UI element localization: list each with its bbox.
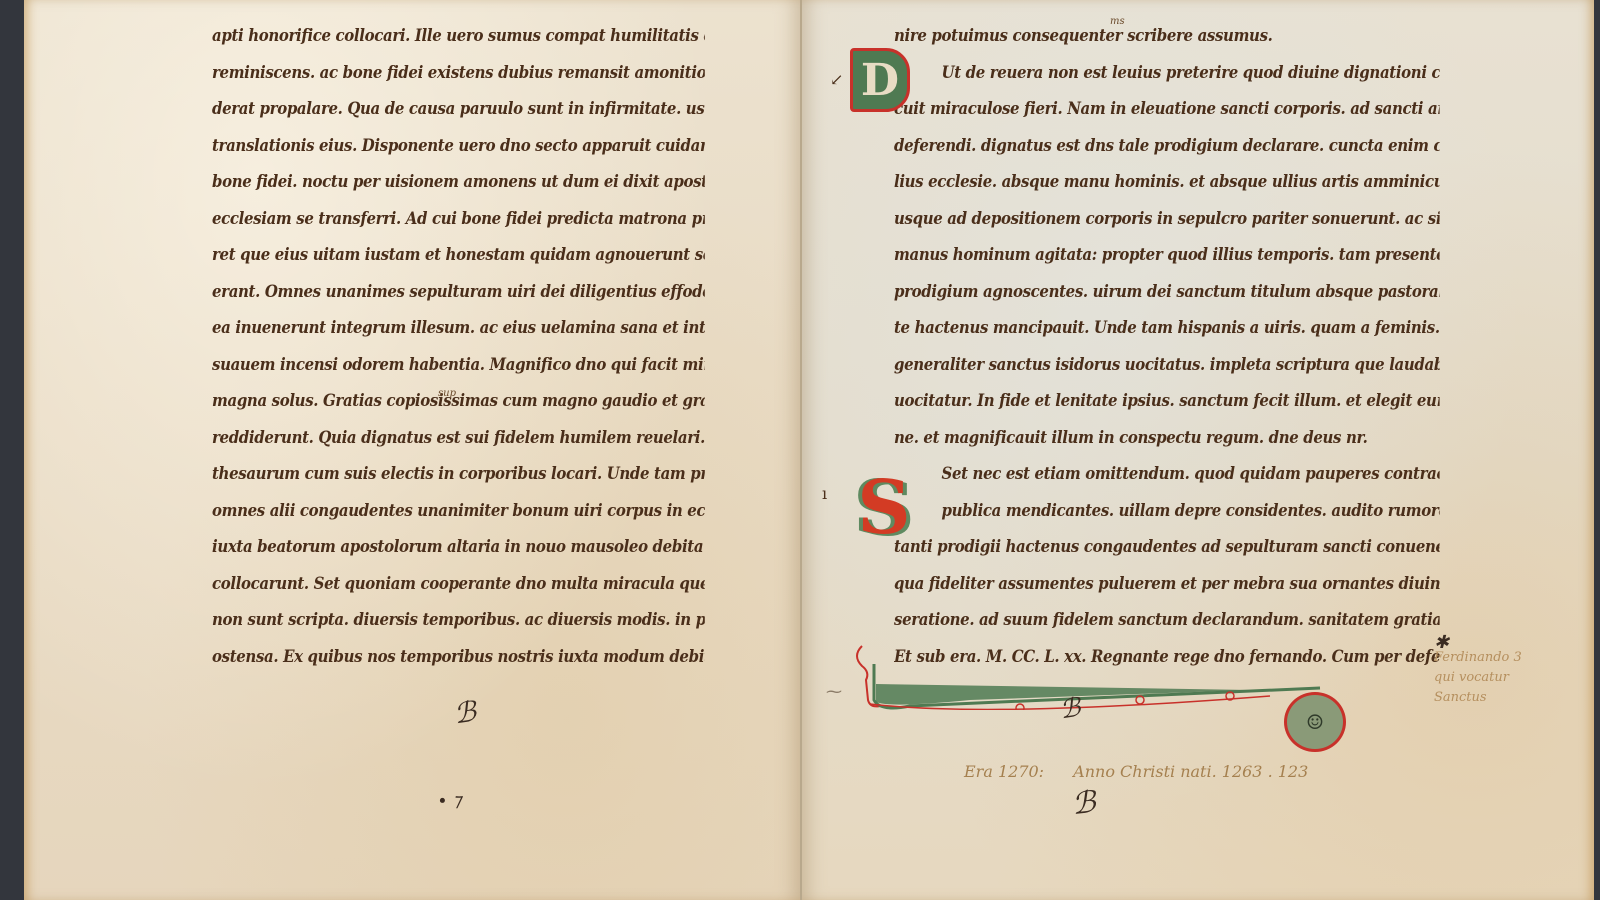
text-line: ea inuenerunt integrum illesum. ac eius …	[212, 310, 705, 347]
margin-note-line: Sanctus	[1434, 688, 1574, 708]
margin-note-ferdinand: Ferdinando 3 qui vocatur Sanctus	[1434, 648, 1574, 708]
text-line: apti honorifice collocari. Ille uero sum…	[212, 18, 705, 55]
text-line: publica mendicantes. uillam depre consid…	[894, 493, 1440, 530]
right-page: nire potuimus consequenter scribere assu…	[802, 0, 1594, 900]
text-line: reddiderunt. Quia dignatus est sui fidel…	[212, 420, 705, 457]
text-line: ne. et magnificauit illum in conspectu r…	[894, 420, 1440, 457]
text-line: erant. Omnes unanimes sepulturam uiri de…	[212, 274, 705, 311]
paraph-signature-icon: ℬ	[452, 695, 478, 731]
left-page-text: apti honorifice collocari. Ille uero sum…	[212, 18, 772, 675]
margin-scribble-mark: ⁓	[826, 682, 842, 701]
date-annotation: Era 1270: Anno Christi nati. 1263 . 123	[964, 762, 1332, 781]
paraph-signature-icon: ℬ	[1058, 693, 1082, 726]
text-line: translationis eius. Disponente uero dno …	[212, 128, 705, 165]
text-line: Set nec est etiam omittendum. quod quida…	[894, 456, 1440, 493]
illuminated-initial-s: S	[856, 468, 912, 548]
text-line: omnes alii congaudentes unanimiter bonum…	[212, 493, 705, 530]
text-line: usque ad depositionem corporis in sepulc…	[894, 201, 1440, 238]
text-line: non sunt scripta. diuersis temporibus. a…	[212, 602, 705, 639]
text-line: bone fidei. noctu per uisionem amonens u…	[212, 164, 705, 201]
text-line: cuit miraculose fieri. Nam in eleuatione…	[894, 91, 1440, 128]
text-line: te hactenus mancipauit. Unde tam hispani…	[894, 310, 1440, 347]
text-line: collocarunt. Set quoniam cooperante dno …	[212, 566, 705, 603]
face-roundel-icon: ☺	[1284, 692, 1346, 752]
ink-dot-mark: ∙ ⁊	[438, 790, 462, 811]
paraph-signature-icon: ℬ	[1070, 785, 1097, 822]
text-line: qua fideliter assumentes puluerem et per…	[894, 566, 1440, 603]
text-line: lius ecclesie. absque manu hominis. et a…	[894, 164, 1440, 201]
margin-note-line: Ferdinando 3	[1434, 648, 1574, 668]
text-line: reminiscens. ac bone fidei existens dubi…	[212, 55, 705, 92]
text-line-first: nire potuimus consequenter scribere assu…	[894, 18, 1440, 55]
anno-note: Anno Christi nati. 1263 . 123	[1073, 762, 1308, 781]
text-line: suauem incensi odorem habentia. Magnific…	[212, 347, 705, 384]
text-line: thesaurum cum suis electis in corporibus…	[212, 456, 705, 493]
text-line: prodigium agnoscentes. uirum dei sanctum…	[894, 274, 1440, 311]
margin-tick-mark: ı	[822, 484, 827, 503]
text-line: seratione. ad suum fidelem sanctum decla…	[894, 602, 1440, 639]
decorative-flourish-border-icon	[850, 640, 1330, 710]
illuminated-initial-d: D	[850, 48, 910, 112]
text-line: derat propalare. Qua de causa paruulo su…	[212, 91, 705, 128]
text-line: ecclesiam se transferri. Ad cui bone fid…	[212, 201, 705, 238]
text-line: uocitatur. In fide et lenitate ipsius. s…	[894, 383, 1440, 420]
text-line: iuxta beatorum apostolorum altaria in no…	[212, 529, 705, 566]
interlinear-note: ms	[1110, 16, 1125, 27]
text-line: Ut de reuera non est leuius preterire qu…	[894, 55, 1440, 92]
left-page: apti honorifice collocari. Ille uero sum…	[24, 0, 800, 900]
text-line: ret que eius uitam iustam et honestam qu…	[212, 237, 705, 274]
right-page-text: nire potuimus consequenter scribere assu…	[894, 18, 1514, 675]
era-note: Era 1270:	[964, 762, 1044, 781]
text-line: magna solus. Gratias copiosissimas cum m…	[212, 383, 705, 420]
text-line: deferendi. dignatus est dns tale prodigi…	[894, 128, 1440, 165]
manuscript-spread: apti honorifice collocari. Ille uero sum…	[24, 0, 1572, 900]
margin-tick-mark: ↙	[830, 70, 843, 89]
text-line: generaliter sanctus isidorus uocitatus. …	[894, 347, 1440, 384]
margin-note-line: qui vocatur	[1434, 668, 1574, 688]
text-line: ostensa. Ex quibus nos temporibus nostri…	[212, 639, 705, 676]
text-line: manus hominum agitata: propter quod illi…	[894, 237, 1440, 274]
text-line: tanti prodigii hactenus congaudentes ad …	[894, 529, 1440, 566]
interlinear-note: sup	[438, 388, 456, 399]
